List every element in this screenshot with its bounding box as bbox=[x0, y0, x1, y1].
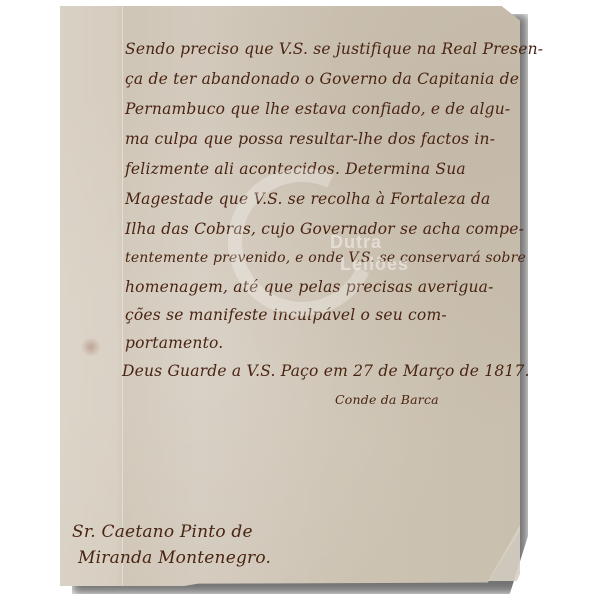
watermark-text: Dutra bbox=[330, 232, 382, 253]
body-line: ça de ter abandonado o Governo da Capita… bbox=[125, 70, 519, 88]
watermark-text: Leilões bbox=[340, 254, 409, 275]
body-line: Pernambuco que lhe estava confiado, e de… bbox=[125, 100, 510, 118]
addressee-line: Sr. Caetano Pinto de bbox=[72, 522, 253, 542]
body-line: Sendo preciso que V.S. se justifique na … bbox=[125, 40, 543, 58]
body-line: portamento. bbox=[125, 334, 223, 352]
body-line: ma culpa que possa resultar-lhe dos fact… bbox=[125, 130, 495, 148]
addressee-line: Miranda Montenegro. bbox=[78, 548, 271, 568]
ink-stain bbox=[80, 338, 102, 356]
closing-line: Deus Guarde a V.S. Paço em 27 de Março d… bbox=[122, 362, 530, 380]
signature: Conde da Barca bbox=[335, 392, 439, 407]
